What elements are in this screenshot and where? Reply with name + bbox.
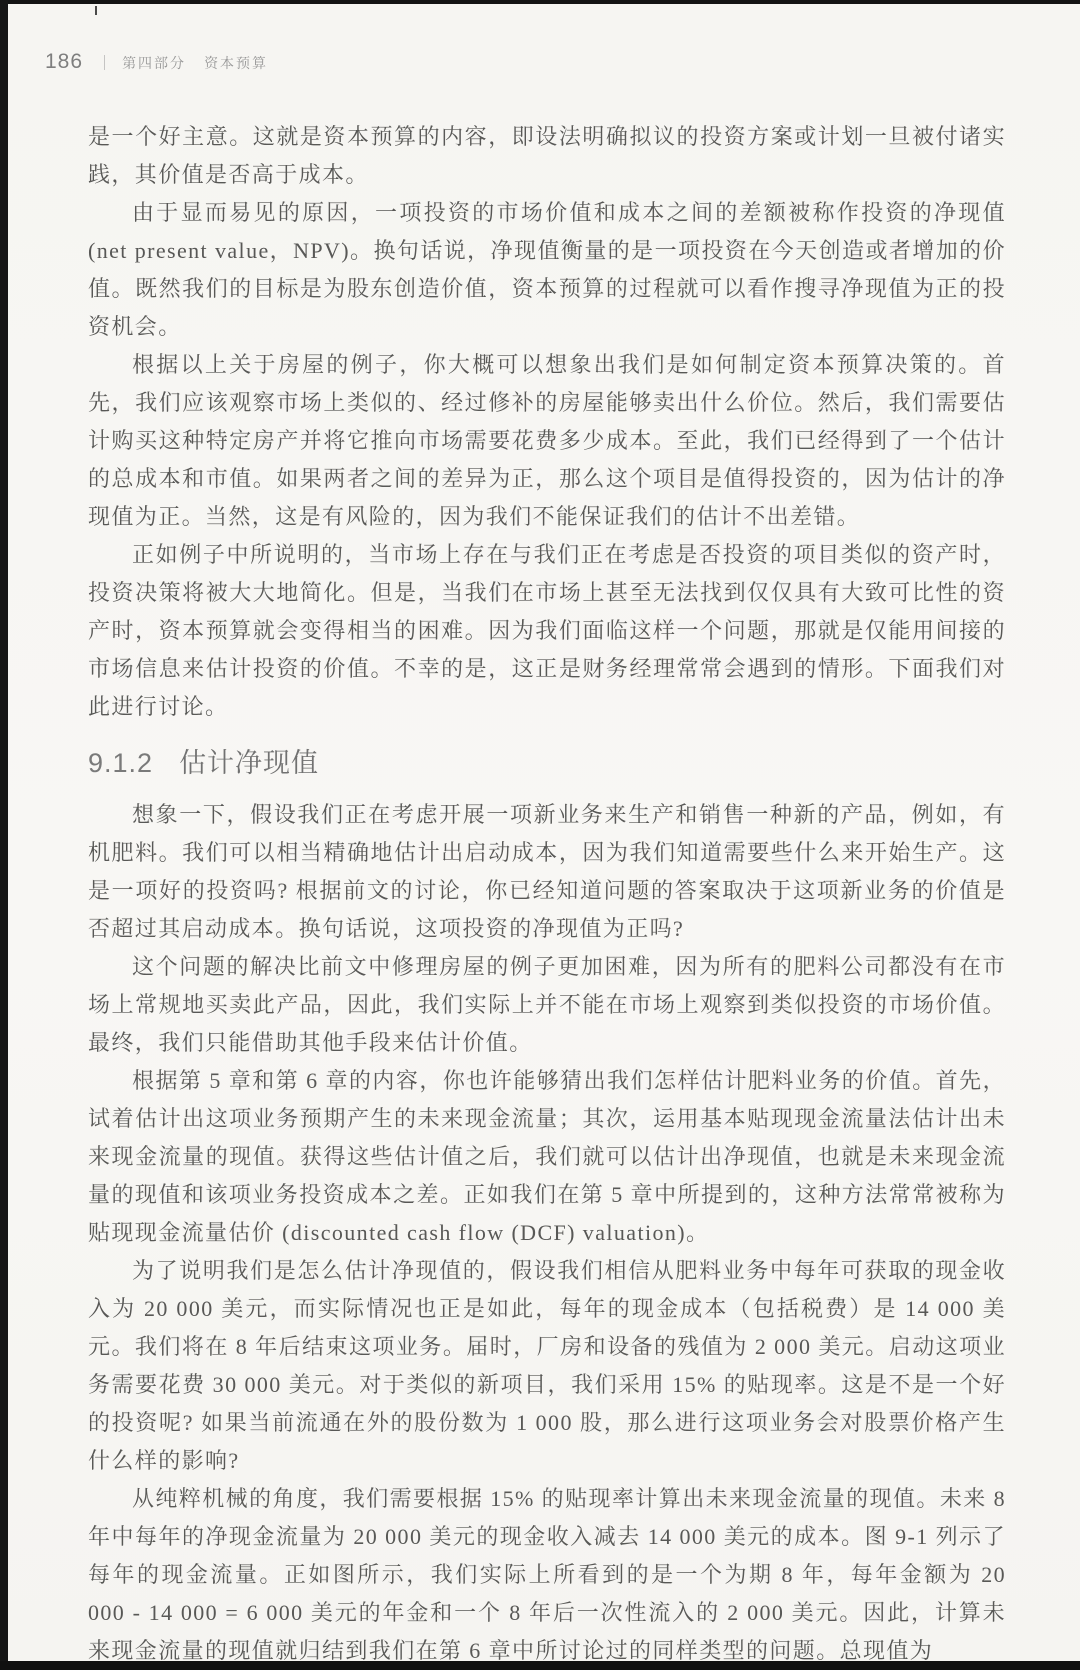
page-body: 是一个好主意。这就是资本预算的内容，即设法明确拟议的投资方案或计划一旦被付诸实践… — [88, 118, 1006, 1670]
paragraph-house-example: 根据以上关于房屋的例子，你大概可以想象出我们是如何制定资本预算决策的。首先，我们… — [88, 346, 1006, 536]
paragraph-example-numbers: 为了说明我们是怎么估计净现值的，假设我们相信从肥料业务中每年可获取的现金收入为 … — [88, 1252, 1006, 1480]
section-title: 估计净现值 — [179, 748, 319, 778]
running-header: 186 ｜ 第四部分 资本预算 — [45, 50, 995, 74]
section-heading: 9.1.2估计净现值 — [88, 743, 1006, 783]
paragraph-mechanical-view: 从纯粹机械的角度，我们需要根据 15% 的贴现率计算出未来现金流量的现值。未来 … — [88, 1480, 1006, 1670]
header-separator: ｜ — [97, 52, 112, 73]
scan-artifact-tick — [95, 6, 97, 15]
paragraph-dcf-method: 根据第 5 章和第 6 章的内容，你也许能够猜出我们怎样估计肥料业务的价值。首先… — [88, 1062, 1006, 1252]
paragraph-continuation: 是一个好主意。这就是资本预算的内容，即设法明确拟议的投资方案或计划一旦被付诸实践… — [88, 118, 1006, 194]
page-number: 186 — [45, 50, 83, 74]
paragraph-fertilizer-intro: 想象一下，假设我们正在考虑开展一项新业务来生产和销售一种新的产品，例如，有机肥料… — [88, 796, 1006, 948]
part-title: 资本预算 — [204, 53, 268, 73]
paragraph-npv-definition: 由于显而易见的原因，一项投资的市场价值和成本之间的差额被称作投资的净现值 (ne… — [88, 194, 1006, 346]
paragraph-market-info: 正如例子中所说明的，当市场上存在与我们正在考虑是否投资的项目类似的资产时，投资决… — [88, 536, 1006, 726]
part-label: 第四部分 — [122, 53, 186, 73]
scan-edge-top — [6, 0, 1080, 4]
paragraph-problem-difficulty: 这个问题的解决比前文中修理房屋的例子更加困难，因为所有的肥料公司都没有在市场上常… — [88, 948, 1006, 1062]
section-number: 9.1.2 — [88, 748, 153, 778]
book-page-scan: 186 ｜ 第四部分 资本预算 是一个好主意。这就是资本预算的内容，即设法明确拟… — [0, 0, 1080, 1670]
scan-edge-left — [0, 0, 8, 1670]
